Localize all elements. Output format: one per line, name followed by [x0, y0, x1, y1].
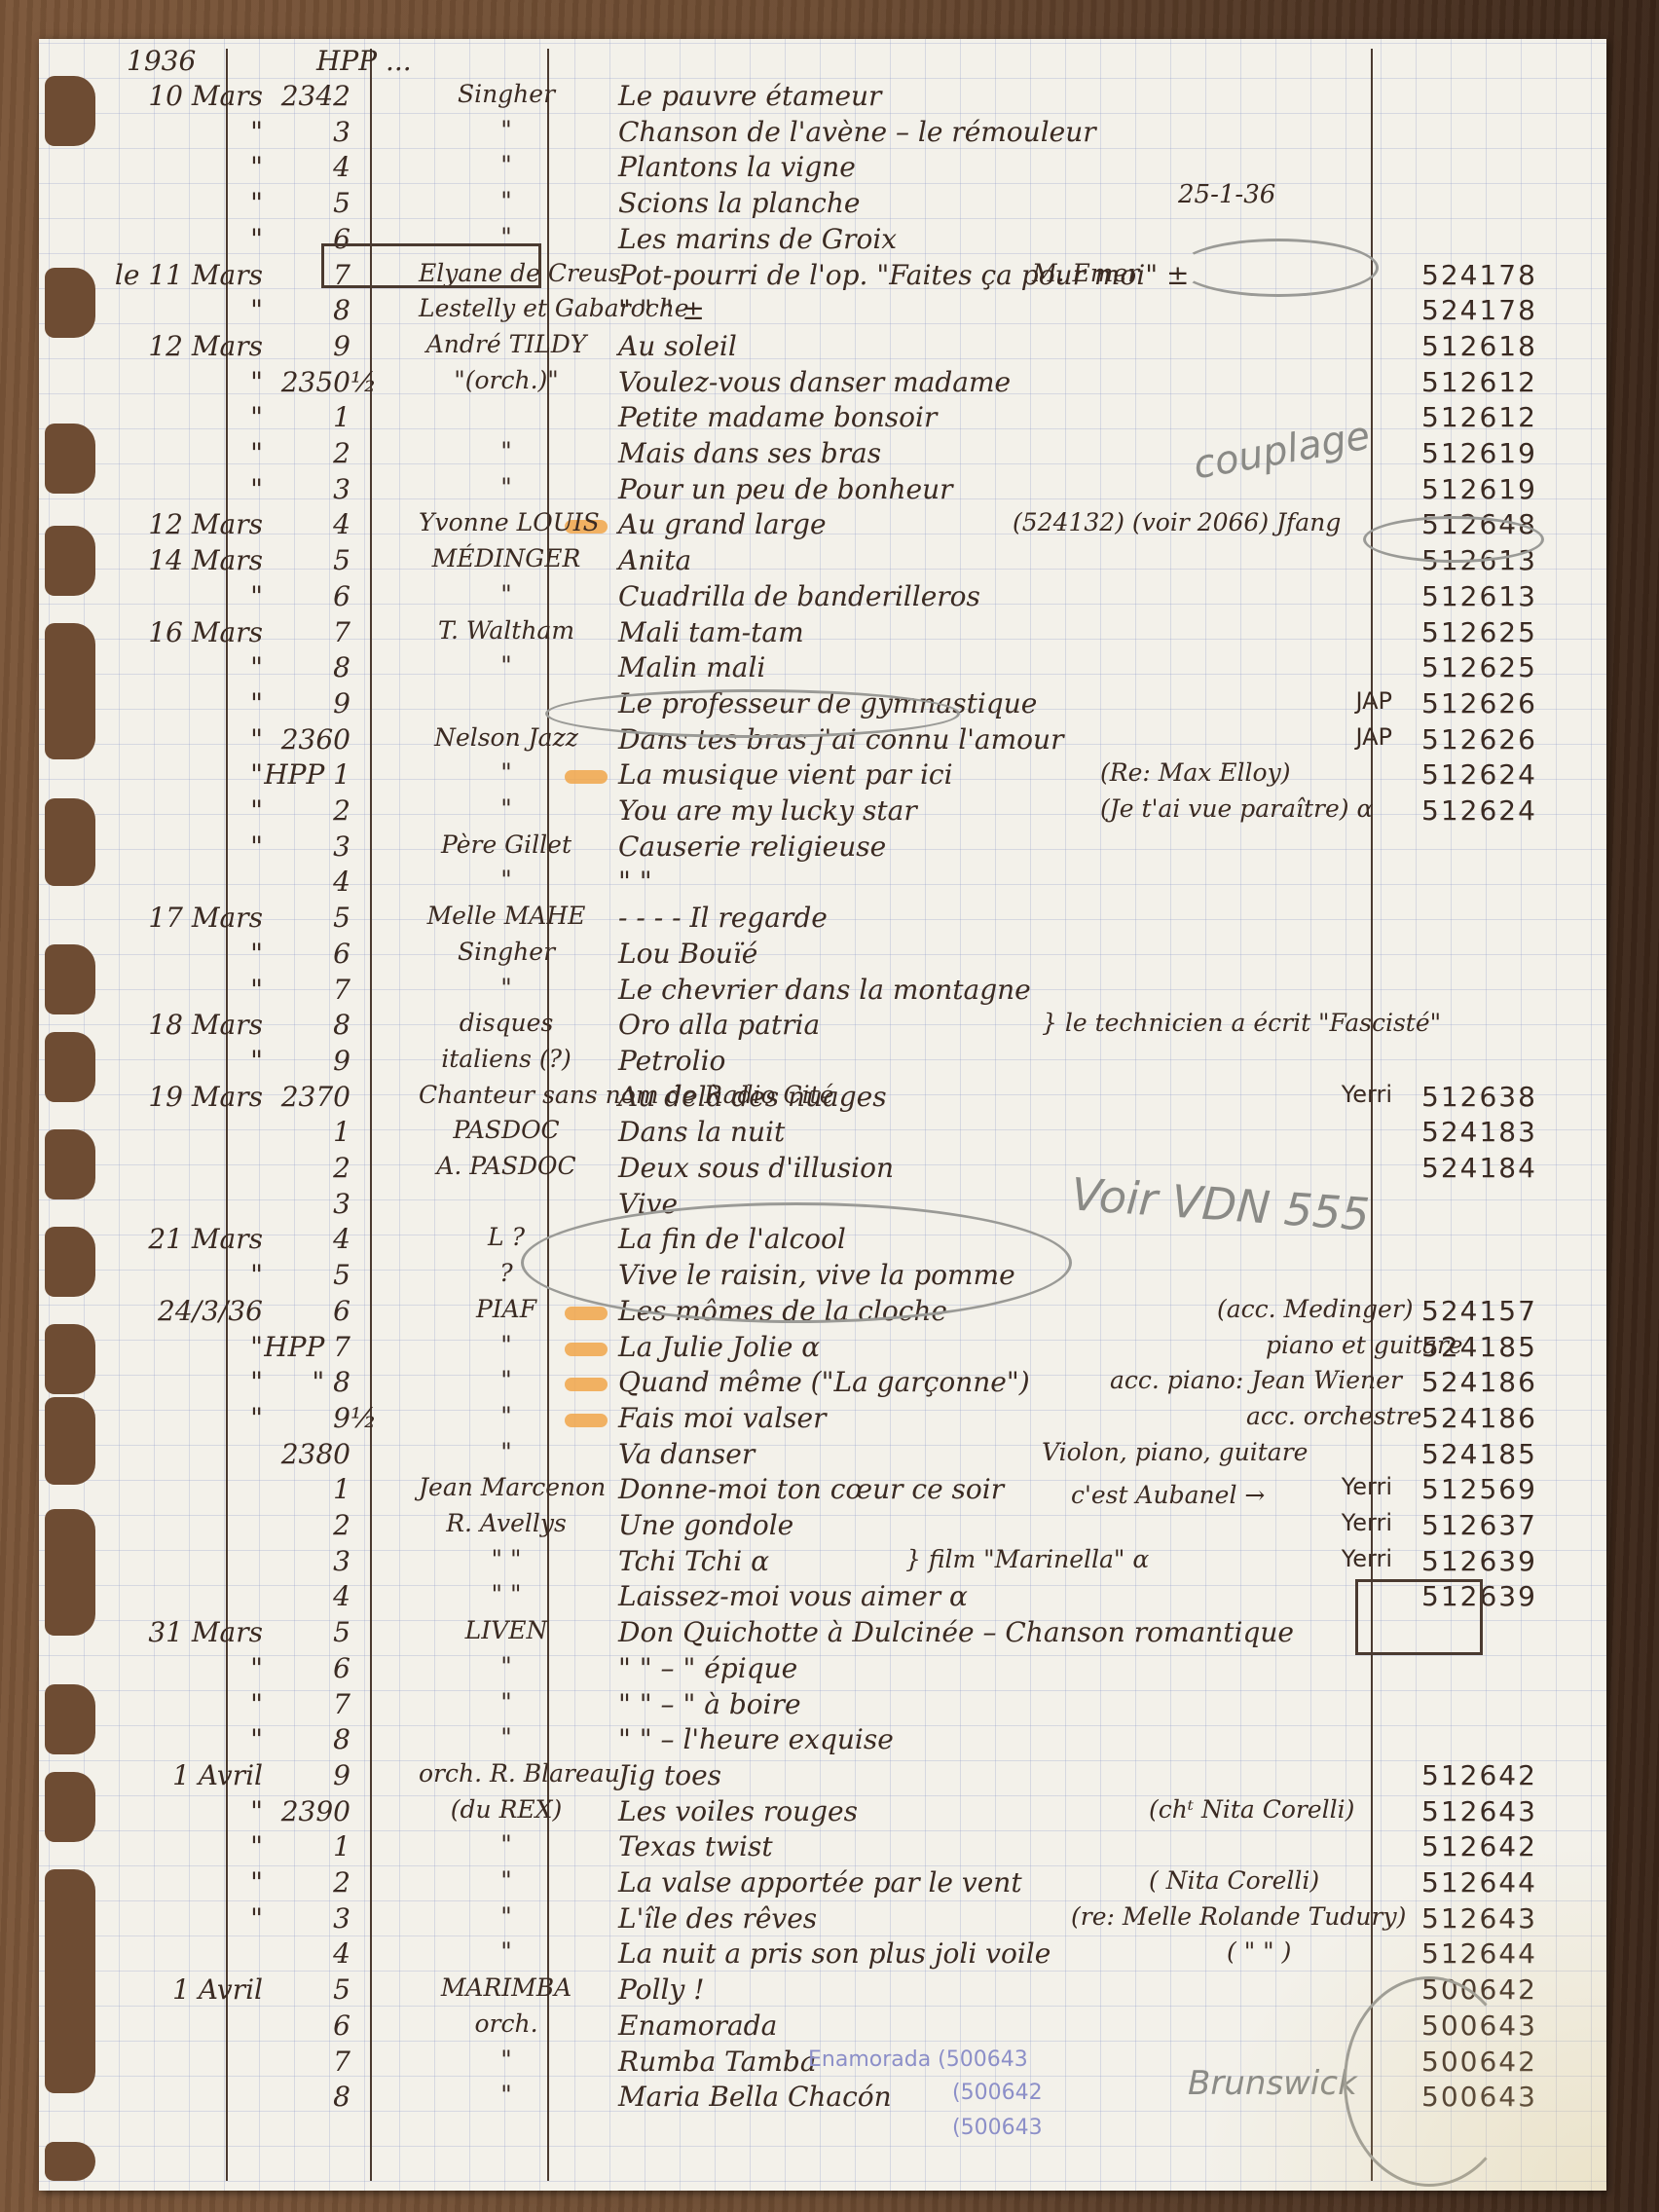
row-matrix-number: 2390 [263, 1795, 350, 1827]
row-artist: Singher [419, 938, 594, 966]
row-artist: " [419, 1937, 594, 1966]
row-catalog-number: 512612 [1421, 366, 1587, 398]
row-date: " [88, 151, 263, 183]
row-catalog-number: 512569 [1421, 1473, 1587, 1505]
row-artist: LIVEN [419, 1616, 594, 1644]
row-artist: "(orch.)" [419, 366, 594, 394]
row-matrix-number: 5 [263, 187, 350, 219]
row-artist: " [419, 1830, 594, 1859]
pencil-circle-gymnastique [545, 689, 960, 738]
row-title: Cuadrilla de banderilleros [618, 580, 1358, 612]
row-matrix-number: 3 [263, 830, 350, 863]
row-date: " [88, 1402, 263, 1434]
row-catalog-number: 524185 [1421, 1331, 1587, 1363]
row-matrix-number: 1 [263, 1116, 350, 1148]
row-matrix-number: 5 [263, 1259, 350, 1291]
row-artist: A. PASDOC [419, 1152, 594, 1180]
ledger-row: " 6 " Cuadrilla de banderilleros 512613 [39, 580, 1606, 615]
row-catalog-number: 524185 [1421, 1438, 1587, 1470]
row-catalog-number: 512643 [1421, 1902, 1587, 1935]
row-artist: " [419, 437, 594, 465]
row-matrix-number: 5 [263, 1616, 350, 1648]
ledger-row: " 3 " Pour un peu de bonheur 512619 [39, 473, 1606, 508]
row-title: Le chevrier dans la montagne [618, 974, 1358, 1006]
ledger-row: " 2 " You are my lucky star (Je t'ai vue… [39, 794, 1606, 829]
row-artist: Singher [419, 80, 594, 108]
row-artist: " [419, 1723, 594, 1751]
row-date: " [88, 187, 263, 219]
ledger-row: 12 Mars 9 André TILDY Au soleil 512618 [39, 330, 1606, 365]
row-artist: " [419, 974, 594, 1002]
row-matrix-number: 9 [263, 330, 350, 362]
row-note: c'est Aubanel → [1071, 1481, 1265, 1509]
row-artist: " [419, 580, 594, 608]
ledger-row: " 9 ½ " Fais moi valser acc. orchestre 5… [39, 1402, 1606, 1437]
row-matrix-number: 2370 [263, 1081, 350, 1113]
row-date: 16 Mars [88, 616, 263, 648]
row-artist: " [419, 151, 594, 179]
row-note: (Re: Max Elloy) [1100, 758, 1290, 787]
row-date: 17 Mars [88, 902, 263, 934]
row-matrix-number: 4 [263, 508, 350, 540]
row-catalog-number: 512644 [1421, 1937, 1587, 1970]
row-date: " [88, 758, 263, 791]
row-date: le 11 Mars [88, 259, 263, 291]
row-matrix-number: 2342 [263, 80, 350, 112]
brunswick-signature: Brunswick [1188, 2064, 1357, 2103]
row-matrix-number: 6 [263, 1652, 350, 1684]
row-artist: " [419, 1402, 594, 1430]
row-title: " " – " épique [618, 1652, 1358, 1684]
pencil-circle-emer [1178, 239, 1379, 297]
row-matrix-number: 7 [263, 616, 350, 648]
row-matrix-number: 4 [263, 866, 350, 898]
row-matrix-number: 1 [263, 1473, 350, 1505]
ledger-row: 2 R. Avellys Une gondole Yerri 512637 [39, 1509, 1606, 1544]
row-title: Enamorada [618, 2009, 1358, 2042]
row-catalog-number: 512638 [1421, 1081, 1587, 1113]
row-matrix-number: 8 [263, 2081, 350, 2113]
row-catalog-number: 512643 [1421, 1795, 1587, 1827]
row-date: " [88, 1366, 263, 1398]
date-note: 25-1-36 [1178, 180, 1275, 209]
row-catalog-number: 512624 [1421, 794, 1587, 827]
row-matrix-number: 2360 [263, 723, 350, 756]
row-title: " " [618, 866, 1358, 898]
row-matrix-number: " 8 [263, 1366, 350, 1398]
row-matrix-number: 2 [263, 794, 350, 827]
row-matrix-number: 6 [263, 2009, 350, 2042]
row-date: " [88, 1688, 263, 1720]
row-title: Don Quichotte à Dulcinée – Chanson roman… [618, 1616, 1358, 1648]
row-date: 24/3/36 [88, 1295, 263, 1327]
row-matrix-number: 3 [263, 473, 350, 505]
row-title: Chanson de l'avène – le rémouleur [618, 116, 1358, 148]
row-artist: PIAF [419, 1295, 594, 1323]
row-tag: Yerri [1305, 1509, 1392, 1536]
blue-note-rumba: (500642 [952, 2081, 1043, 2105]
row-catalog-number: 512619 [1421, 473, 1587, 505]
ledger-row: " 9 italiens (?) Petrolio [39, 1045, 1606, 1080]
row-matrix-number: 6 [263, 1295, 350, 1327]
ledger-row: 18 Mars 8 disques Oro alla patria } le t… [39, 1009, 1606, 1044]
ledger-row: " 2390 (du REX) Les voiles rouges (chᵗ N… [39, 1795, 1606, 1830]
row-date: " [88, 473, 263, 505]
row-date: " [88, 1902, 263, 1935]
row-catalog-number: 512619 [1421, 437, 1587, 469]
row-date: 10 Mars [88, 80, 263, 112]
row-title: Laissez-moi vous aimer α [618, 1580, 1358, 1612]
year-header: 1936 [127, 45, 196, 77]
row-artist: (du REX) [419, 1795, 594, 1824]
row-note: (524132) (voir 2066) Jfang [1013, 508, 1341, 536]
row-title: Mali tam-tam [618, 616, 1358, 648]
ledger-row: 4 " " " [39, 866, 1606, 901]
row-title: Une gondole [618, 1509, 1358, 1541]
blue-note-maria: (500643 [952, 2116, 1043, 2140]
ledger-row: " 2 " La valse apportée par le vent ( Ni… [39, 1866, 1606, 1901]
row-matrix-number: 4 [263, 1223, 350, 1255]
row-matrix-number: 7 [263, 1688, 350, 1720]
ledger-row: " 1 Petite madame bonsoir 512612 [39, 401, 1606, 436]
row-date: 19 Mars [88, 1081, 263, 1113]
row-title: Au delà des nuages [618, 1081, 1358, 1113]
row-matrix-number: 5 [263, 1973, 350, 2006]
row-title: Plantons la vigne [618, 151, 1358, 183]
ledger-row: " 7 " Le chevrier dans la montagne [39, 974, 1606, 1009]
ledger-row: 4 " La nuit a pris son plus joli voile (… [39, 1937, 1606, 1972]
row-date: " [88, 1652, 263, 1684]
row-tag: Yerri [1305, 1545, 1392, 1572]
row-catalog-number: 512644 [1421, 1866, 1587, 1899]
ledger-row: 2 A. PASDOC Deux sous d'illusion 524184 [39, 1152, 1606, 1187]
row-matrix-number: HPP 7 [263, 1331, 350, 1363]
row-matrix-number: 3 [263, 116, 350, 148]
ink-box-512639 [1355, 1579, 1483, 1655]
ledger-row: " 1 " Texas twist 512642 [39, 1830, 1606, 1865]
row-matrix-number: HPP 1 [263, 758, 350, 791]
row-title: " " – l'heure exquise [618, 1723, 1358, 1755]
row-matrix-number: 4 [263, 151, 350, 183]
row-matrix-number: 6 [263, 938, 350, 970]
row-artist: MARIMBA [419, 1973, 594, 2002]
row-date: 12 Mars [88, 330, 263, 362]
row-title: " " – " à boire [618, 1688, 1358, 1720]
row-artist: " [419, 1688, 594, 1716]
ledger-row: " 6 Singher Lou Bouïé [39, 938, 1606, 973]
row-date: " [88, 1795, 263, 1827]
row-artist: " [419, 2081, 594, 2109]
row-catalog-number: 524186 [1421, 1402, 1587, 1434]
row-artist: " [419, 116, 594, 144]
row-matrix-number: 2 [263, 1152, 350, 1184]
ledger-row: 3 " " Tchi Tchi α } film "Marinella" α Y… [39, 1545, 1606, 1580]
row-artist: " " [419, 1580, 594, 1608]
row-artist: MÉDINGER [419, 544, 594, 572]
row-date: " [88, 1866, 263, 1899]
row-date: " [88, 437, 263, 469]
row-date: " [88, 1723, 263, 1755]
ledger-row: 1 PASDOC Dans la nuit 524183 [39, 1116, 1606, 1151]
row-note: ( Nita Corelli) [1149, 1866, 1319, 1895]
row-date: " [88, 580, 263, 612]
row-title: Petite madame bonsoir [618, 401, 1358, 433]
row-catalog-number: 512642 [1421, 1759, 1587, 1791]
row-tag: Yerri [1305, 1473, 1392, 1500]
pencil-circle-500642 [1344, 1976, 1515, 2187]
row-date: " [88, 401, 263, 433]
row-artist: " [419, 758, 594, 787]
row-catalog-number: 512613 [1421, 580, 1587, 612]
row-artist: orch. [419, 2009, 594, 2038]
row-artist: PASDOC [419, 1116, 594, 1144]
row-catalog-number: 512626 [1421, 687, 1587, 719]
row-date: 14 Mars [88, 544, 263, 576]
row-matrix-number: 2380 [263, 1438, 350, 1470]
row-title: Dans la nuit [618, 1116, 1358, 1148]
ledger-row: 10 Mars 2342 Singher Le pauvre étameur [39, 80, 1606, 115]
row-artist: Lestelly et Gabaroche [419, 294, 594, 322]
row-catalog-number: 524183 [1421, 1116, 1587, 1148]
ledger-row: " 4 " Plantons la vigne [39, 151, 1606, 186]
row-date: 31 Mars [88, 1616, 263, 1648]
row-title: " " " ± [618, 294, 1358, 326]
row-catalog-number: 512637 [1421, 1509, 1587, 1541]
ledger-row: " 8 " " " – l'heure exquise [39, 1723, 1606, 1758]
row-note: (re: Melle Rolande Tudury) [1071, 1902, 1406, 1931]
row-matrix-number: 8 [263, 651, 350, 683]
row-artist: " " [419, 1545, 594, 1573]
row-artist: R. Avellys [419, 1509, 594, 1537]
ledger-row: 16 Mars 7 T. Waltham Mali tam-tam 512625 [39, 616, 1606, 651]
row-artist: " [419, 187, 594, 215]
row-artist: " [419, 794, 594, 823]
row-catalog-number: 524186 [1421, 1366, 1587, 1398]
row-matrix-number: 8 [263, 1723, 350, 1755]
row-note: acc. orchestre [1246, 1402, 1421, 1430]
row-matrix-number: 2 [263, 1509, 350, 1541]
row-artist: " [419, 1866, 594, 1895]
row-artist: André TILDY [419, 330, 594, 358]
row-note: (chᵗ Nita Corelli) [1149, 1795, 1354, 1824]
row-artist: " [419, 1438, 594, 1466]
row-artist: " [419, 2046, 594, 2074]
ledger-row: " " 8 " Quand même ("La garçonne") acc. … [39, 1366, 1606, 1401]
row-date: " [88, 830, 263, 863]
row-note: Violon, piano, guitare [1042, 1438, 1308, 1466]
ink-box-elyane [321, 243, 541, 288]
row-date: 21 Mars [88, 1223, 263, 1255]
ledger-row: " 3 Père Gillet Causerie religieuse [39, 830, 1606, 866]
ledger-row: " 6 " " " – " épique [39, 1652, 1606, 1687]
row-artist: " [419, 473, 594, 501]
row-matrix-number: 4 [263, 1580, 350, 1612]
row-artist: Jean Marcenon [419, 1473, 594, 1501]
pencil-circle-alcool [521, 1202, 1072, 1323]
row-matrix-number: 2350 [263, 366, 350, 398]
row-artist: " [419, 1331, 594, 1359]
row-catalog-number: 512625 [1421, 651, 1587, 683]
row-note: (Je t'ai vue paraître) α [1100, 794, 1373, 823]
row-catalog-number: 512642 [1421, 1830, 1587, 1862]
row-artist: " [419, 1366, 594, 1394]
row-catalog-number: 512625 [1421, 616, 1587, 648]
row-fraction: ½ [350, 366, 419, 398]
row-artist: italiens (?) [419, 1045, 594, 1073]
series-header: HPP ... [316, 45, 412, 77]
row-matrix-number: 2 [263, 437, 350, 469]
row-artist: Père Gillet [419, 830, 594, 859]
ledger-page: 1936 HPP ... 10 Mars 2342 Singher Le pau… [39, 39, 1606, 2191]
ledger-row: " 6 " Les marins de Groix [39, 223, 1606, 258]
row-date: " [88, 1830, 263, 1862]
row-artist: Yvonne LOUIS [419, 508, 594, 536]
row-date: " [88, 794, 263, 827]
row-note: } film "Marinella" α [905, 1545, 1149, 1573]
ledger-row: " 5 " Scions la planche [39, 187, 1606, 222]
row-tag: Yerri [1305, 1081, 1392, 1108]
blue-note-enamorada: Enamorada (500643 [808, 2047, 1028, 2072]
ledger-row: 19 Mars 2370 Chanteur sans nom de Radio … [39, 1081, 1606, 1116]
ledger-row: " 8 " Malin mali 512625 [39, 651, 1606, 686]
row-matrix-number: 1 [263, 401, 350, 433]
row-fraction: ½ [350, 1402, 419, 1434]
row-date: " [88, 116, 263, 148]
row-title: Petrolio [618, 1045, 1358, 1077]
row-matrix-number: 2 [263, 1866, 350, 1899]
pencil-circle-512648 [1363, 516, 1544, 563]
row-date: " [88, 294, 263, 326]
row-matrix-number: 9 [263, 1045, 350, 1077]
row-date: 18 Mars [88, 1009, 263, 1041]
row-title: Malin mali [618, 651, 1358, 683]
row-matrix-number: 4 [263, 1937, 350, 1970]
row-note: } le technicien a écrit "Fascisté" [1042, 1009, 1441, 1037]
row-artist: " [419, 866, 594, 894]
ledger-row: 1 Jean Marcenon Donne-moi ton cœur ce so… [39, 1473, 1606, 1508]
row-matrix-number: 6 [263, 580, 350, 612]
row-title: Lou Bouïé [618, 938, 1358, 970]
row-note: acc. piano: Jean Wiener [1110, 1366, 1402, 1394]
row-note: M. Emer [1032, 259, 1139, 287]
row-matrix-number: 3 [263, 1902, 350, 1935]
ledger-row: " 2350 ½ "(orch.)" Voulez-vous danser ma… [39, 366, 1606, 401]
row-title: Au soleil [618, 330, 1358, 362]
row-artist: T. Waltham [419, 616, 594, 645]
ledger-row: " HPP 7 " La Julie Jolie α piano et guit… [39, 1331, 1606, 1366]
row-date: " [88, 974, 263, 1006]
row-matrix-number: 9 [263, 1402, 350, 1434]
ledger-row: " 3 " Chanson de l'avène – le rémouleur [39, 116, 1606, 151]
row-date: " [88, 223, 263, 255]
row-artist: " [419, 1902, 594, 1931]
ledger-row: " 3 " L'île des rêves (re: Melle Rolande… [39, 1902, 1606, 1937]
row-note: (acc. Medinger) [1217, 1295, 1414, 1323]
row-matrix-number: 9 [263, 1759, 350, 1791]
row-title: Voulez-vous danser madame [618, 366, 1358, 398]
row-catalog-number: 512624 [1421, 758, 1587, 791]
ledger-row: 2380 " Va danser Violon, piano, guitare … [39, 1438, 1606, 1473]
row-catalog-number: 524178 [1421, 294, 1587, 326]
row-tag: JAP [1305, 687, 1392, 715]
row-date: " [88, 651, 263, 683]
row-title: La Julie Jolie α [618, 1331, 1358, 1363]
row-matrix-number: 8 [263, 1009, 350, 1041]
row-matrix-number: 5 [263, 902, 350, 934]
row-matrix-number: 7 [263, 2046, 350, 2078]
ledger-row: 1 Avril 9 orch. R. Blareau Jig toes 5126… [39, 1759, 1606, 1794]
row-artist: orch. R. Blareau [419, 1759, 594, 1788]
ledger-row: " 8 Lestelly et Gabaroche " " " ± 524178 [39, 294, 1606, 329]
row-catalog-number: 512618 [1421, 330, 1587, 362]
row-artist: Nelson Jazz [419, 723, 594, 752]
row-date: " [88, 366, 263, 398]
row-matrix-number: 1 [263, 1830, 350, 1862]
row-title: Polly ! [618, 1973, 1358, 2006]
row-matrix-number: 8 [263, 294, 350, 326]
row-catalog-number: 512626 [1421, 723, 1587, 756]
row-title: Texas twist [618, 1830, 1358, 1862]
row-matrix-number: 5 [263, 544, 350, 576]
binder-hole [45, 2142, 95, 2181]
row-date: " [88, 723, 263, 756]
row-date: 1 Avril [88, 1973, 263, 2006]
row-artist: " [419, 1652, 594, 1680]
row-date: " [88, 1045, 263, 1077]
ledger-row: " HPP 1 " La musique vient par ici (Re: … [39, 758, 1606, 793]
row-tag: JAP [1305, 723, 1392, 751]
row-note: ( " " ) [1227, 1937, 1291, 1966]
row-title: Le pauvre étameur [618, 80, 1358, 112]
row-matrix-number: 7 [263, 974, 350, 1006]
row-artist: disques [419, 1009, 594, 1037]
row-catalog-number: 512612 [1421, 401, 1587, 433]
row-matrix-number: 9 [263, 687, 350, 719]
row-catalog-number: 524184 [1421, 1152, 1587, 1184]
row-catalog-number: 524157 [1421, 1295, 1587, 1327]
row-artist: Chanteur sans nom de Radio Cité [419, 1081, 594, 1109]
row-title: Jig toes [618, 1759, 1358, 1791]
row-date: " [88, 1259, 263, 1291]
row-artist: Melle MAHE [419, 902, 594, 930]
row-date: 1 Avril [88, 1759, 263, 1791]
row-title: Causerie religieuse [618, 830, 1358, 863]
ledger-row: " 7 " " " – " à boire [39, 1688, 1606, 1723]
row-date: 12 Mars [88, 508, 263, 540]
row-matrix-number: 3 [263, 1545, 350, 1577]
row-catalog-number: 512639 [1421, 1545, 1587, 1577]
ledger-row: 17 Mars 5 Melle MAHE - - - - Il regarde [39, 902, 1606, 937]
row-title: - - - - Il regarde [618, 902, 1358, 934]
row-date: " [88, 1331, 263, 1363]
row-date: " [88, 938, 263, 970]
row-matrix-number: 3 [263, 1188, 350, 1220]
row-catalog-number: 524178 [1421, 259, 1587, 291]
row-date: " [88, 687, 263, 719]
row-artist: " [419, 651, 594, 680]
row-title: Anita [618, 544, 1358, 576]
